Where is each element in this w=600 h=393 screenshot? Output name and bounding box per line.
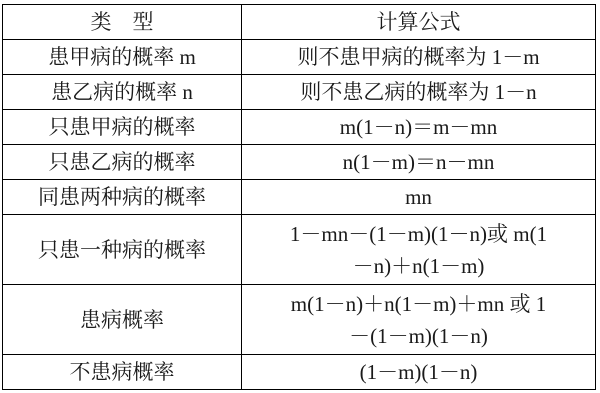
formula-cell: n(1－m)＝n－mn (242, 145, 596, 180)
formula-cell: 则不患甲病的概率为 1－m (242, 40, 596, 75)
type-cell: 只患一种病的概率 (3, 215, 242, 285)
formula-cell: (1－m)(1－n) (242, 355, 596, 390)
table-row: 患乙病的概率 n 则不患乙病的概率为 1－n (3, 75, 596, 110)
formula-cell: 1－mn－(1－m)(1－n)或 m(1 －n)＋n(1－m) (242, 215, 596, 285)
type-cell: 不患病概率 (3, 355, 242, 390)
formula-line: －(1－m)(1－n) (246, 320, 591, 352)
formula-cell: m(1－n)＋n(1－m)＋mn 或 1 －(1－m)(1－n) (242, 285, 596, 355)
type-cell: 只患乙病的概率 (3, 145, 242, 180)
formula-cell: 则不患乙病的概率为 1－n (242, 75, 596, 110)
type-cell: 只患甲病的概率 (3, 110, 242, 145)
type-cell: 同患两种病的概率 (3, 180, 242, 215)
type-cell: 患乙病的概率 n (3, 75, 242, 110)
table-row: 只患乙病的概率 n(1－m)＝n－mn (3, 145, 596, 180)
table-header-row: 类 型 计算公式 (3, 5, 596, 40)
table-row: 同患两种病的概率 mn (3, 180, 596, 215)
type-cell: 患病概率 (3, 285, 242, 355)
header-type: 类 型 (3, 5, 242, 40)
table-row: 患病概率 m(1－n)＋n(1－m)＋mn 或 1 －(1－m)(1－n) (3, 285, 596, 355)
formula-cell: m(1－n)＝m－mn (242, 110, 596, 145)
formula-line: m(1－n)＋n(1－m)＋mn 或 1 (246, 288, 591, 320)
formula-line: 1－mn－(1－m)(1－n)或 m(1 (246, 218, 591, 250)
table-row: 只患一种病的概率 1－mn－(1－m)(1－n)或 m(1 －n)＋n(1－m) (3, 215, 596, 285)
table-row: 患甲病的概率 m 则不患甲病的概率为 1－m (3, 40, 596, 75)
table-row: 不患病概率 (1－m)(1－n) (3, 355, 596, 390)
type-cell: 患甲病的概率 m (3, 40, 242, 75)
probability-formula-table: 类 型 计算公式 患甲病的概率 m 则不患甲病的概率为 1－m 患乙病的概率 n… (2, 4, 596, 390)
header-formula: 计算公式 (242, 5, 596, 40)
formula-cell: mn (242, 180, 596, 215)
formula-line: －n)＋n(1－m) (246, 250, 591, 282)
table-row: 只患甲病的概率 m(1－n)＝m－mn (3, 110, 596, 145)
